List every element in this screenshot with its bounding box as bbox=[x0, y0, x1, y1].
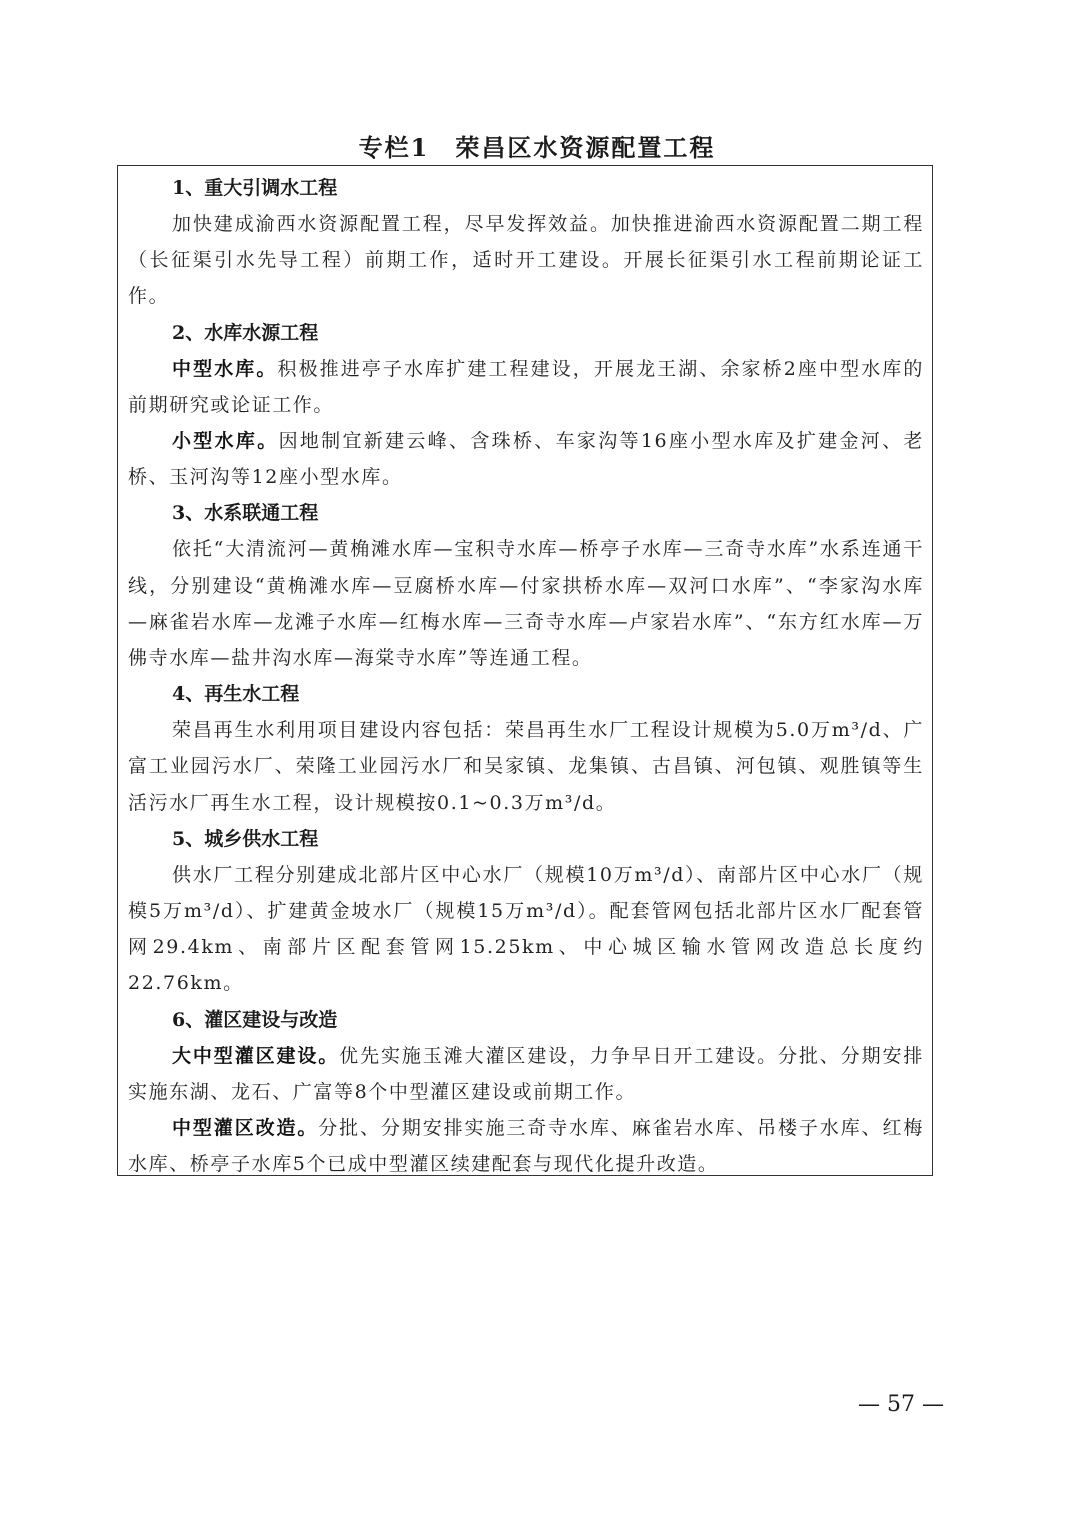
section-heading: 1、重大引调水工程 bbox=[172, 170, 924, 206]
paragraph-lead: 小型水库。 bbox=[172, 430, 279, 452]
paragraph: 小型水库。因地制宜新建云峰、含珠桥、车家沟等16座小型水库及扩建金河、老桥、玉河… bbox=[128, 423, 924, 495]
paragraph: 中型水库。积极推进亭子水库扩建工程建设，开展龙王湖、余家桥2座中型水库的前期研究… bbox=[128, 351, 924, 423]
paragraph-lead: 大中型灌区建设。 bbox=[172, 1045, 339, 1067]
paragraph-lead: 中型水库。 bbox=[172, 358, 277, 380]
section-3: 3、水系联通工程 依托“大清流河—黄桷滩水库—宝积寺水库—桥亭子水库—三奇寺水库… bbox=[128, 495, 924, 676]
section-4: 4、再生水工程 荣昌再生水利用项目建设内容包括：荣昌再生水厂工程设计规模为5.0… bbox=[128, 676, 924, 821]
paragraph-text: 供水厂工程分别建成北部片区中心水厂（规模10万m³/d）、南部片区中心水厂（规模… bbox=[128, 864, 924, 995]
paragraph-text: 荣昌再生水利用项目建设内容包括：荣昌再生水厂工程设计规模为5.0万m³/d、广富… bbox=[128, 719, 924, 813]
page-title: 专栏1 荣昌区水资源配置工程 bbox=[0, 128, 1074, 163]
paragraph: 依托“大清流河—黄桷滩水库—宝积寺水库—桥亭子水库—三奇寺水库”水系连通干线，分… bbox=[128, 531, 924, 676]
paragraph-text: 加快建成渝西水资源配置工程，尽早发挥效益。加快推进渝西水资源配置二期工程（长征渠… bbox=[128, 213, 924, 307]
paragraph: 供水厂工程分别建成北部片区中心水厂（规模10万m³/d）、南部片区中心水厂（规模… bbox=[128, 857, 924, 1002]
section-2: 2、水库水源工程 中型水库。积极推进亭子水库扩建工程建设，开展龙王湖、余家桥2座… bbox=[128, 315, 924, 496]
page-number: — 57 — bbox=[858, 1392, 944, 1417]
section-6: 6、灌区建设与改造 大中型灌区建设。优先实施玉滩大灌区建设，力争早日开工建设。分… bbox=[128, 1002, 924, 1183]
content-box: 1、重大引调水工程 加快建成渝西水资源配置工程，尽早发挥效益。加快推进渝西水资源… bbox=[128, 170, 924, 1182]
paragraph: 荣昌再生水利用项目建设内容包括：荣昌再生水厂工程设计规模为5.0万m³/d、广富… bbox=[128, 712, 924, 821]
paragraph-lead: 中型灌区改造。 bbox=[172, 1117, 318, 1139]
section-5: 5、城乡供水工程 供水厂工程分别建成北部片区中心水厂（规模10万m³/d）、南部… bbox=[128, 821, 924, 1002]
section-heading: 2、水库水源工程 bbox=[172, 315, 924, 351]
paragraph: 加快建成渝西水资源配置工程，尽早发挥效益。加快推进渝西水资源配置二期工程（长征渠… bbox=[128, 206, 924, 315]
paragraph: 大中型灌区建设。优先实施玉滩大灌区建设，力争早日开工建设。分批、分期安排实施东湖… bbox=[128, 1038, 924, 1110]
section-heading: 6、灌区建设与改造 bbox=[172, 1002, 924, 1038]
paragraph-text: 依托“大清流河—黄桷滩水库—宝积寺水库—桥亭子水库—三奇寺水库”水系连通干线，分… bbox=[128, 538, 924, 669]
section-1: 1、重大引调水工程 加快建成渝西水资源配置工程，尽早发挥效益。加快推进渝西水资源… bbox=[128, 170, 924, 315]
paragraph: 中型灌区改造。分批、分期安排实施三奇寺水库、麻雀岩水库、吊楼子水库、红梅水库、桥… bbox=[128, 1110, 924, 1182]
section-heading: 3、水系联通工程 bbox=[172, 495, 924, 531]
section-heading: 5、城乡供水工程 bbox=[172, 821, 924, 857]
section-heading: 4、再生水工程 bbox=[172, 676, 924, 712]
